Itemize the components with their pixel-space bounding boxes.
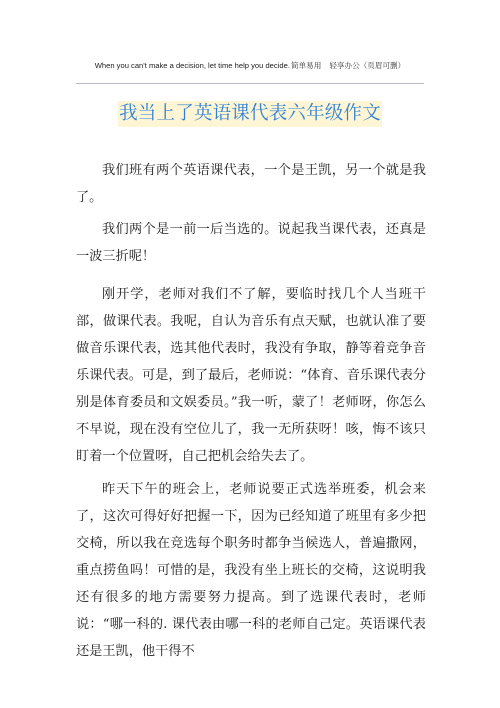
header-tag-easy: 简单易用 — [291, 61, 321, 70]
header-divider — [76, 83, 424, 84]
paragraph-text: 我们班有两个英语课代表，一个是王凯，另一个就是我了。 — [76, 157, 426, 211]
document-page: When you can't make a decision, let time… — [0, 0, 500, 708]
paragraph-1: 我们班有两个英语课代表，一个是王凯，另一个就是我了。 — [76, 157, 426, 211]
paragraph-text: 刚开学，老师对我们不了解，要临时找几个人当班干部，做课代表。我呢，自认为音乐有点… — [76, 281, 426, 470]
document-title: 我当上了英语课代表六年级作文 — [118, 101, 382, 127]
paragraph-3: 刚开学，老师对我们不了解，要临时找几个人当班干部，做课代表。我呢，自认为音乐有点… — [76, 281, 426, 470]
paragraph-4: 昨天下午的班会上，老师说要正式选举班委，机会来了，这次可得好好把握一下，因为已经… — [76, 476, 426, 665]
paragraph-2: 我们两个是一前一后当选的。说起我当课代表，还真是一波三折呢！ — [76, 216, 426, 270]
paragraph-text: 我们两个是一前一后当选的。说起我当课代表，还真是一波三折呢！ — [76, 216, 426, 270]
header-tag-office: 轻享办公（页眉可删） — [329, 61, 405, 70]
header-quote: When you can't make a decision, let time… — [95, 61, 290, 70]
paragraph-text: 昨天下午的班会上，老师说要正式选举班委，机会来了，这次可得好好把握一下，因为已经… — [76, 476, 426, 665]
document-title-wrap: 我当上了英语课代表六年级作文 — [0, 101, 500, 127]
page-header: When you can't make a decision, let time… — [0, 61, 500, 71]
